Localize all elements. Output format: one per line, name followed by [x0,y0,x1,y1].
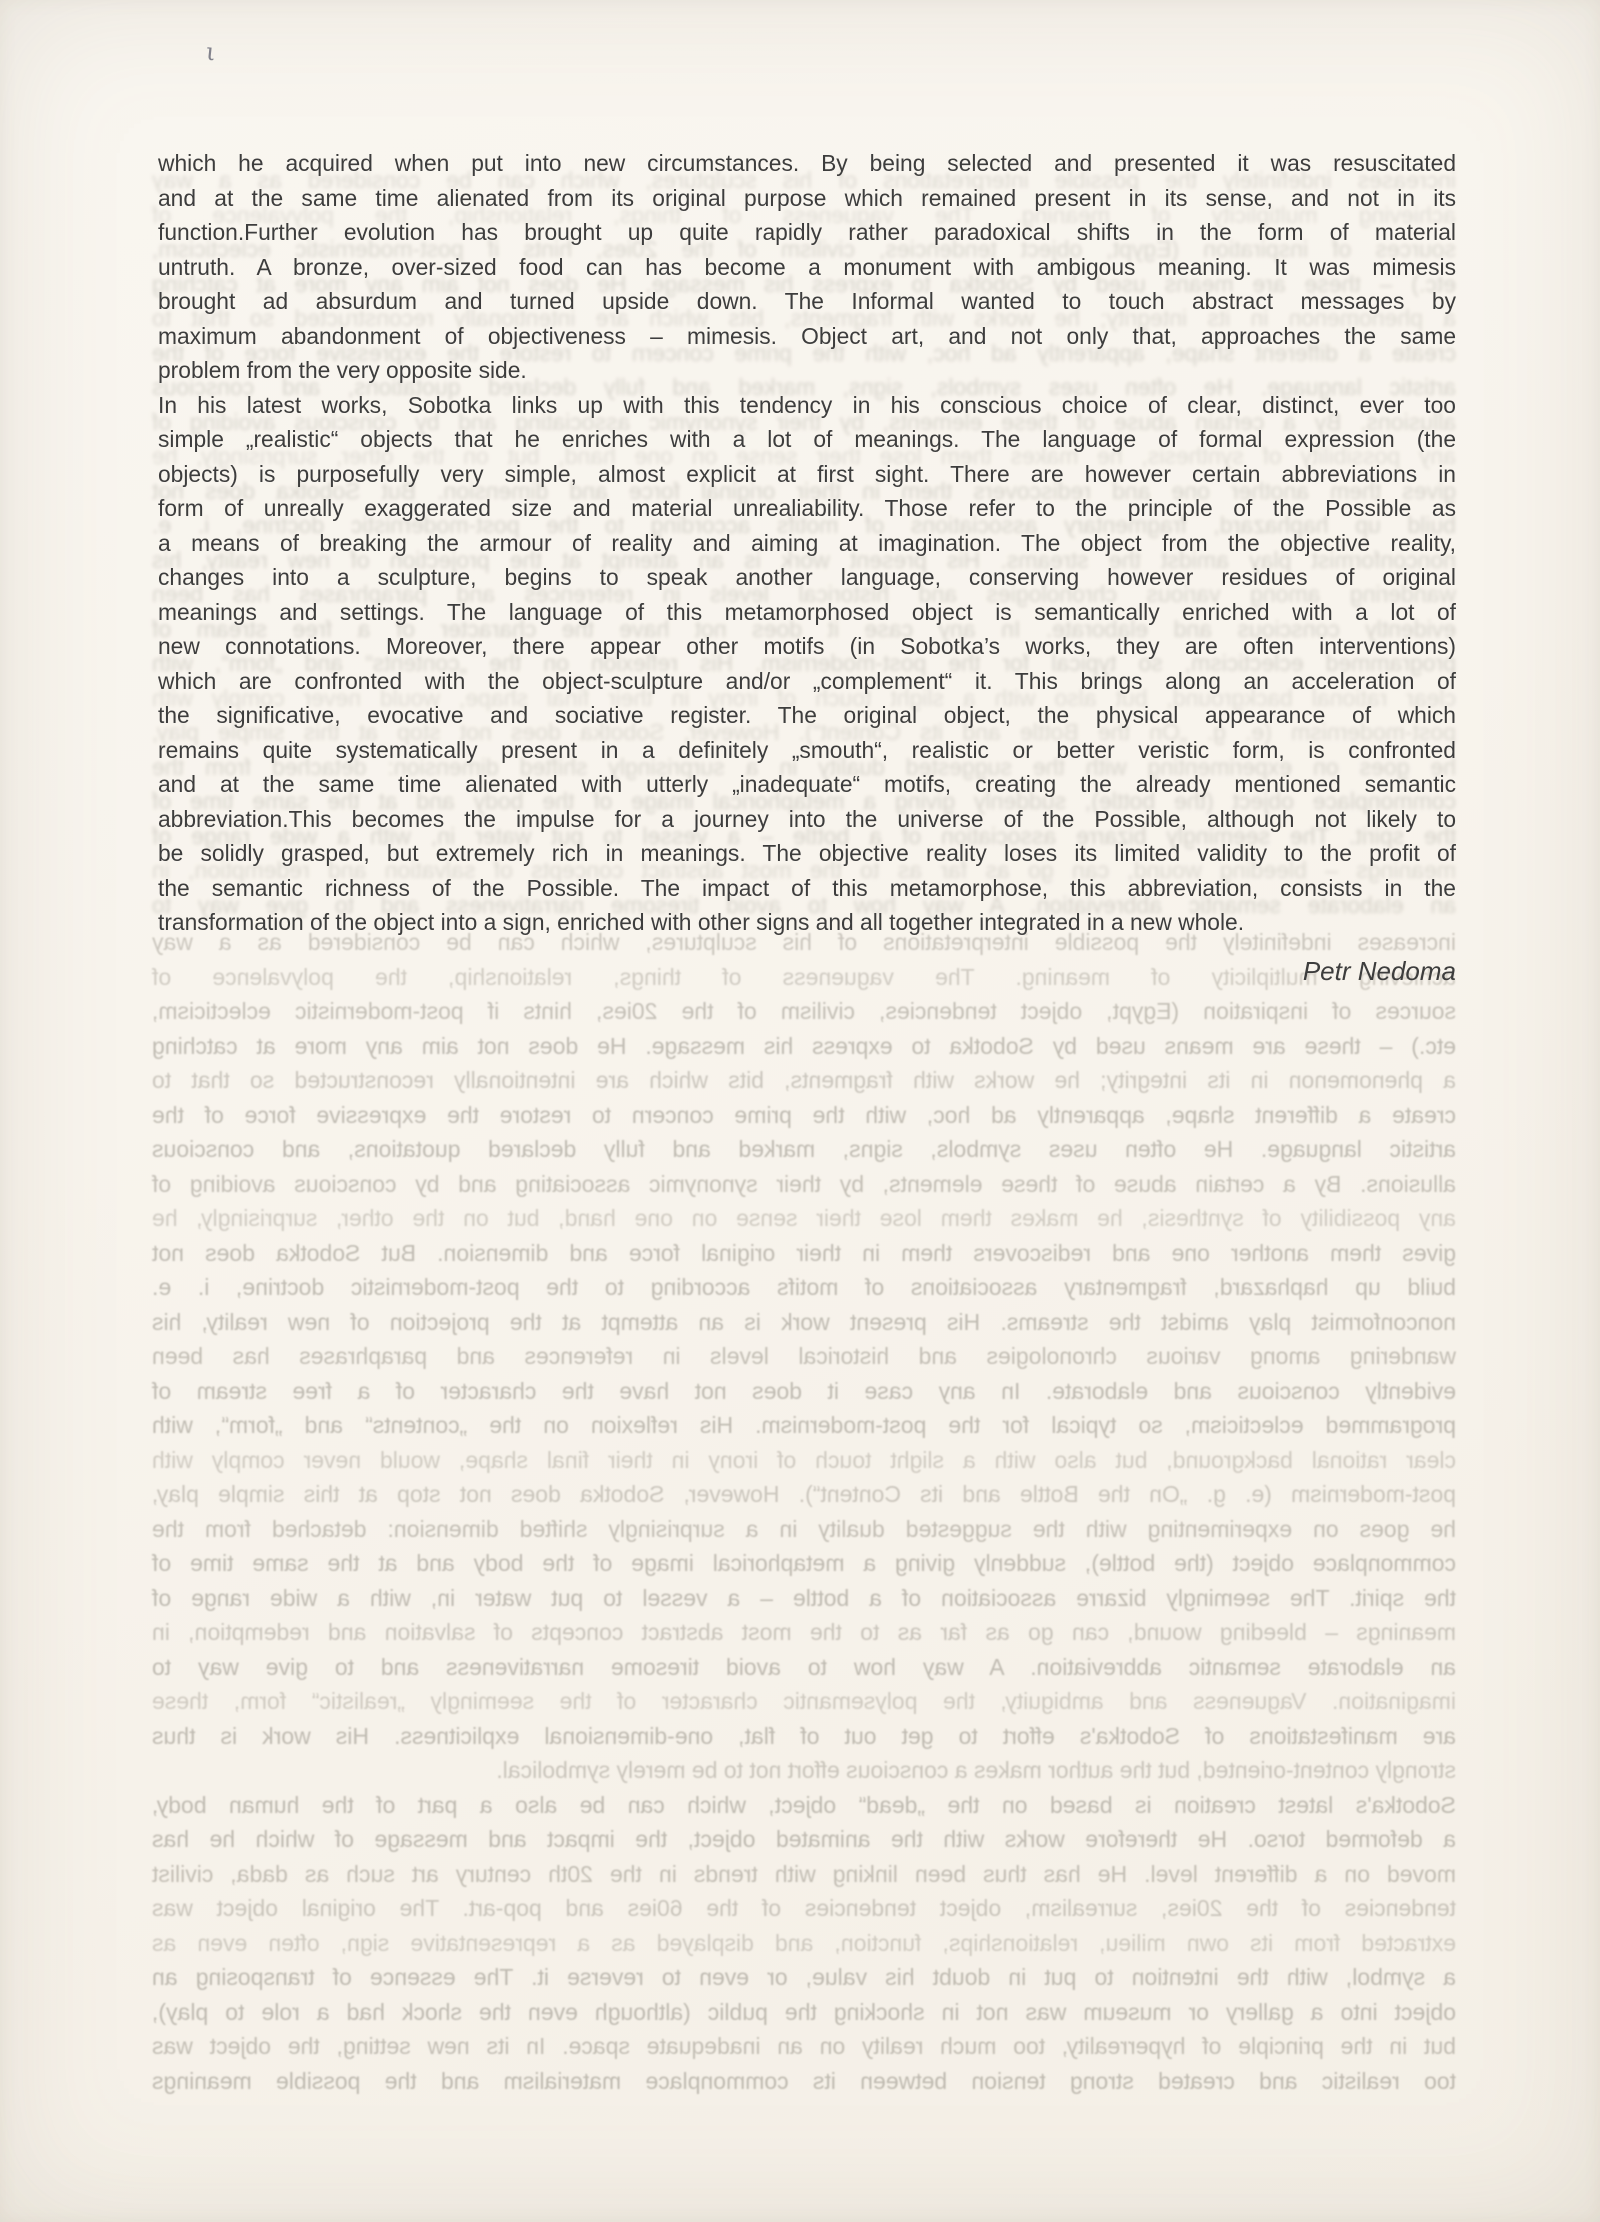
bleed-through-text: increases indefinitely the possible inte… [152,925,1456,2098]
text-line: the significative, evocative and sociati… [158,698,1456,733]
bleed-through-line: moved on a different level. He has thus … [152,1857,1456,1892]
text-line: be solidly grasped, but extremely rich i… [158,836,1456,871]
bleed-through-line: extracted from its own milieu, relations… [152,1926,1456,1961]
bleed-through-line: an elaborate semantic abbreviation. A wa… [152,1650,1456,1685]
text-line: which he acquired when put into new circ… [158,146,1456,181]
text-line: and at the same time alienated from its … [158,181,1456,216]
text-line: remains quite systematically present in … [158,733,1456,768]
text-line: brought ad absurdum and turned upside do… [158,284,1456,319]
bleed-through-line: meanings – bleeding wound, can go as far… [152,1615,1456,1650]
bleed-through-line: he goes on experimenting with the sugges… [152,1512,1456,1547]
bleed-through-line: the spirit. The seemingly bizarre associ… [152,1581,1456,1616]
article-paragraphs: which he acquired when put into new circ… [158,146,1456,940]
text-line: simple „realistic“ objects that he enric… [158,422,1456,457]
bleed-through-line: post-modernism (e. g. „On the Bottle and… [152,1477,1456,1512]
bleed-through-line: sources of inspiration (Egypt, object te… [152,994,1456,1029]
bleed-through-line: but in the principle of hyperreality, to… [152,2029,1456,2064]
text-line: form of unreally exaggerated size and ma… [158,491,1456,526]
bleed-through-line: programmed eclecticism, so typical for t… [152,1408,1456,1443]
bleed-through-line: Sobotka's latest creation is based on th… [152,1788,1456,1823]
paragraph: which he acquired when put into new circ… [158,146,1456,388]
bleed-through-line: gives them another one and rediscovers t… [152,1236,1456,1271]
bleed-through-line: artistic language. He often uses symbols… [152,1132,1456,1167]
bleed-through-line: any possibility of synthesis, he makes t… [152,1201,1456,1236]
bleed-through-line: create a different shape, apparently ad … [152,1098,1456,1133]
bleed-through-line: wandering among various chronologies and… [152,1339,1456,1374]
text-line: function.Further evolution has brought u… [158,215,1456,250]
bleed-through-line: are manifestations of Sobotka's effort t… [152,1719,1456,1754]
text-line: maximum abandonment of objectiveness – m… [158,319,1456,354]
bleed-through-line: nonconformist play amidst the streams. H… [152,1305,1456,1340]
text-line: In his latest works, Sobotka links up wi… [158,388,1456,423]
bleed-through-line: allusions. By a certain abuse of these e… [152,1167,1456,1202]
text-line: objects) is purposefully very simple, al… [158,457,1456,492]
bleed-through-line: commonplace object (the bottle), suddenl… [152,1546,1456,1581]
text-line: which are confronted with the object-scu… [158,664,1456,699]
article-text: which he acquired when put into new circ… [158,146,1456,988]
text-line: abbreviation.This becomes the impulse fo… [158,802,1456,837]
text-line: transformation of the object into a sign… [158,905,1456,940]
bleed-through-line: clear rational background, but also with… [152,1443,1456,1478]
bleed-through-line: build up haphazard, fragmentary associat… [152,1270,1456,1305]
bleed-through-line: a deformed torso. He therefore works wit… [152,1822,1456,1857]
scanned-page: ι increases indefinitely the possible in… [0,0,1600,2222]
text-line: meanings and settings. The language of t… [158,595,1456,630]
bleed-through-line: tendencies of the 20ies, surrealism, obj… [152,1891,1456,1926]
text-line: the semantic richness of the Possible. T… [158,871,1456,906]
text-line: problem from the very opposite side. [158,353,1456,388]
text-line: changes into a sculpture, begins to spea… [158,560,1456,595]
text-line: untruth. A bronze, over-sized food can h… [158,250,1456,285]
bleed-through-line: evidently conscious and elaborate. In an… [152,1374,1456,1409]
bleed-through-line: a symbol, with the intention to put in d… [152,1960,1456,1995]
bleed-through-line: etc.) – these are means used by Sobotka … [152,1029,1456,1064]
bleed-through-line: a phenomenon in its integrity; he works … [152,1063,1456,1098]
bleed-through-line: too realistic and created strong tension… [152,2064,1456,2099]
paragraph: In his latest works, Sobotka links up wi… [158,388,1456,940]
pen-mark: ι [205,38,217,67]
text-line: and at the same time alienated with utte… [158,767,1456,802]
author-byline: Petr Nedoma [158,954,1456,989]
bleed-through-line: strongly content-oriented, but the autho… [152,1753,1456,1788]
text-line: a means of breaking the armour of realit… [158,526,1456,561]
bleed-through-line: object into a gallery or museum was not … [152,1995,1456,2030]
bleed-through-line: imagination. Vagueness and ambiguity, th… [152,1684,1456,1719]
text-line: new connotations. Moreover, there appear… [158,629,1456,664]
